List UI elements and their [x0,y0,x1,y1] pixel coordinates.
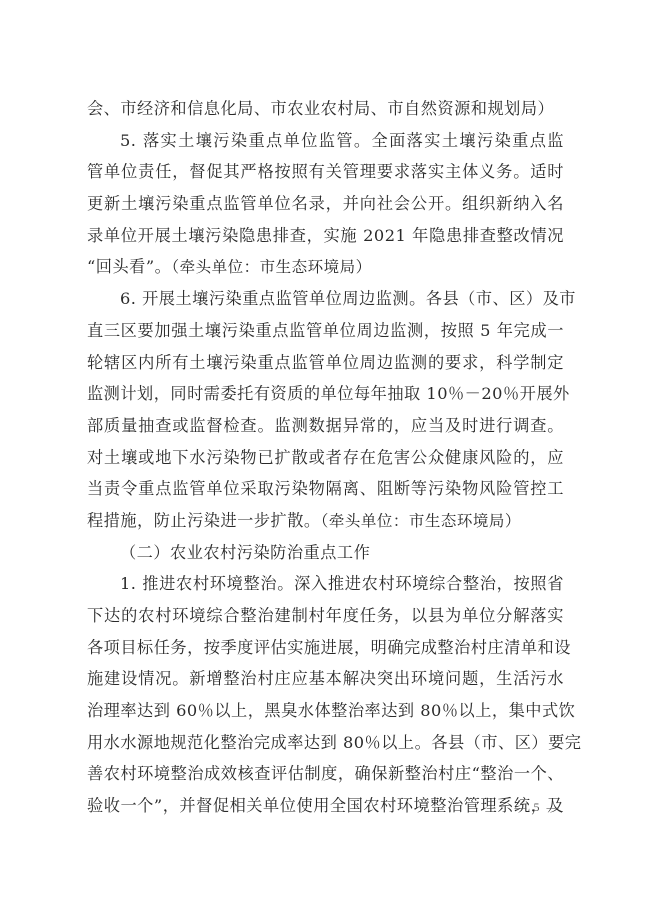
item-1-heading-line: 1. 推进农村环境整治。深入推进农村环境综合整治，按照省 [87,568,564,600]
document-page: 会、市经济和信息化局、市农业农村局、市自然资源和规划局） 5. 落实土壤污染重点… [87,93,564,822]
text-line: 下达的农村环境综合整治建制村年度任务，以县为单位分解落实 [87,600,564,632]
item-5-heading-line: 5. 落实土壤污染重点单位监管。全面落实土壤污染重点监 [87,125,564,157]
text-line: “回头看”。（牵头单位：市生态环境局） [87,251,564,283]
text-line: 轮辖区内所有土壤污染重点监管单位周边监测的要求，科学制定 [87,347,564,379]
text-line: 当责令重点监管单位采取污染物隔离、阻断等污染物风险管控工 [87,473,564,505]
text-line: 善农村环境整治成效核查评估制度，确保新整治村庄“整治一个、 [87,758,564,790]
lead-unit-note: （牵头单位：市生态环境局） [171,258,371,276]
text-line: 施建设情况。新增整治村庄应基本解决突出环境问题，生活污水 [87,663,564,695]
text-span: 程措施，防止污染进一步扩散。 [87,511,321,530]
text-line: 录单位开展土壤污染隐患排查，实施 2021 年隐患排查整改情况 [87,220,564,252]
text-line: 对土壤或地下水污染物已扩散或者存在危害公众健康风险的，应 [87,442,564,474]
section-heading: （二）农业农村污染防治重点工作 [87,537,564,569]
text-line: 直三区要加强土壤污染重点监管单位周边监测，按照 5 年完成一 [87,315,564,347]
text-line: 管单位责任，督促其严格按照有关管理要求落实主体义务。适时 [87,156,564,188]
text-line: 用水水源地规范化整治完成率达到 80％以上。各县（市、区）要完 [87,727,564,759]
text-line: 更新土壤污染重点监管单位名录，并向社会公开。组织新纳入名 [87,188,564,220]
text-line: 验收一个”，并督促相关单位使用全国农村环境整治管理系统，及 [87,790,564,822]
text-line: 治理率达到 60％以上，黑臭水体整治率达到 80％以上，集中式饮 [87,695,564,727]
text-span: “回头看”。 [87,257,171,276]
lead-unit-note: （牵头单位：市生态环境局） [321,512,521,530]
page-number: — 5 — [505,800,570,815]
item-6-heading-line: 6. 开展土壤污染重点监管单位周边监测。各县（市、区）及市 [87,283,564,315]
text-line: 各项目标任务，按季度评估实施进展，明确完成整治村庄清单和设 [87,632,564,664]
text-line: 监测计划，同时需委托有资质的单位每年抽取 10％－20％开展外 [87,378,564,410]
text-line: 程措施，防止污染进一步扩散。（牵头单位：市生态环境局） [87,505,564,537]
text-line: 部质量抽查或监督检查。监测数据异常的，应当及时进行调查。 [87,410,564,442]
text-line: 会、市经济和信息化局、市农业农村局、市自然资源和规划局） [87,93,564,125]
